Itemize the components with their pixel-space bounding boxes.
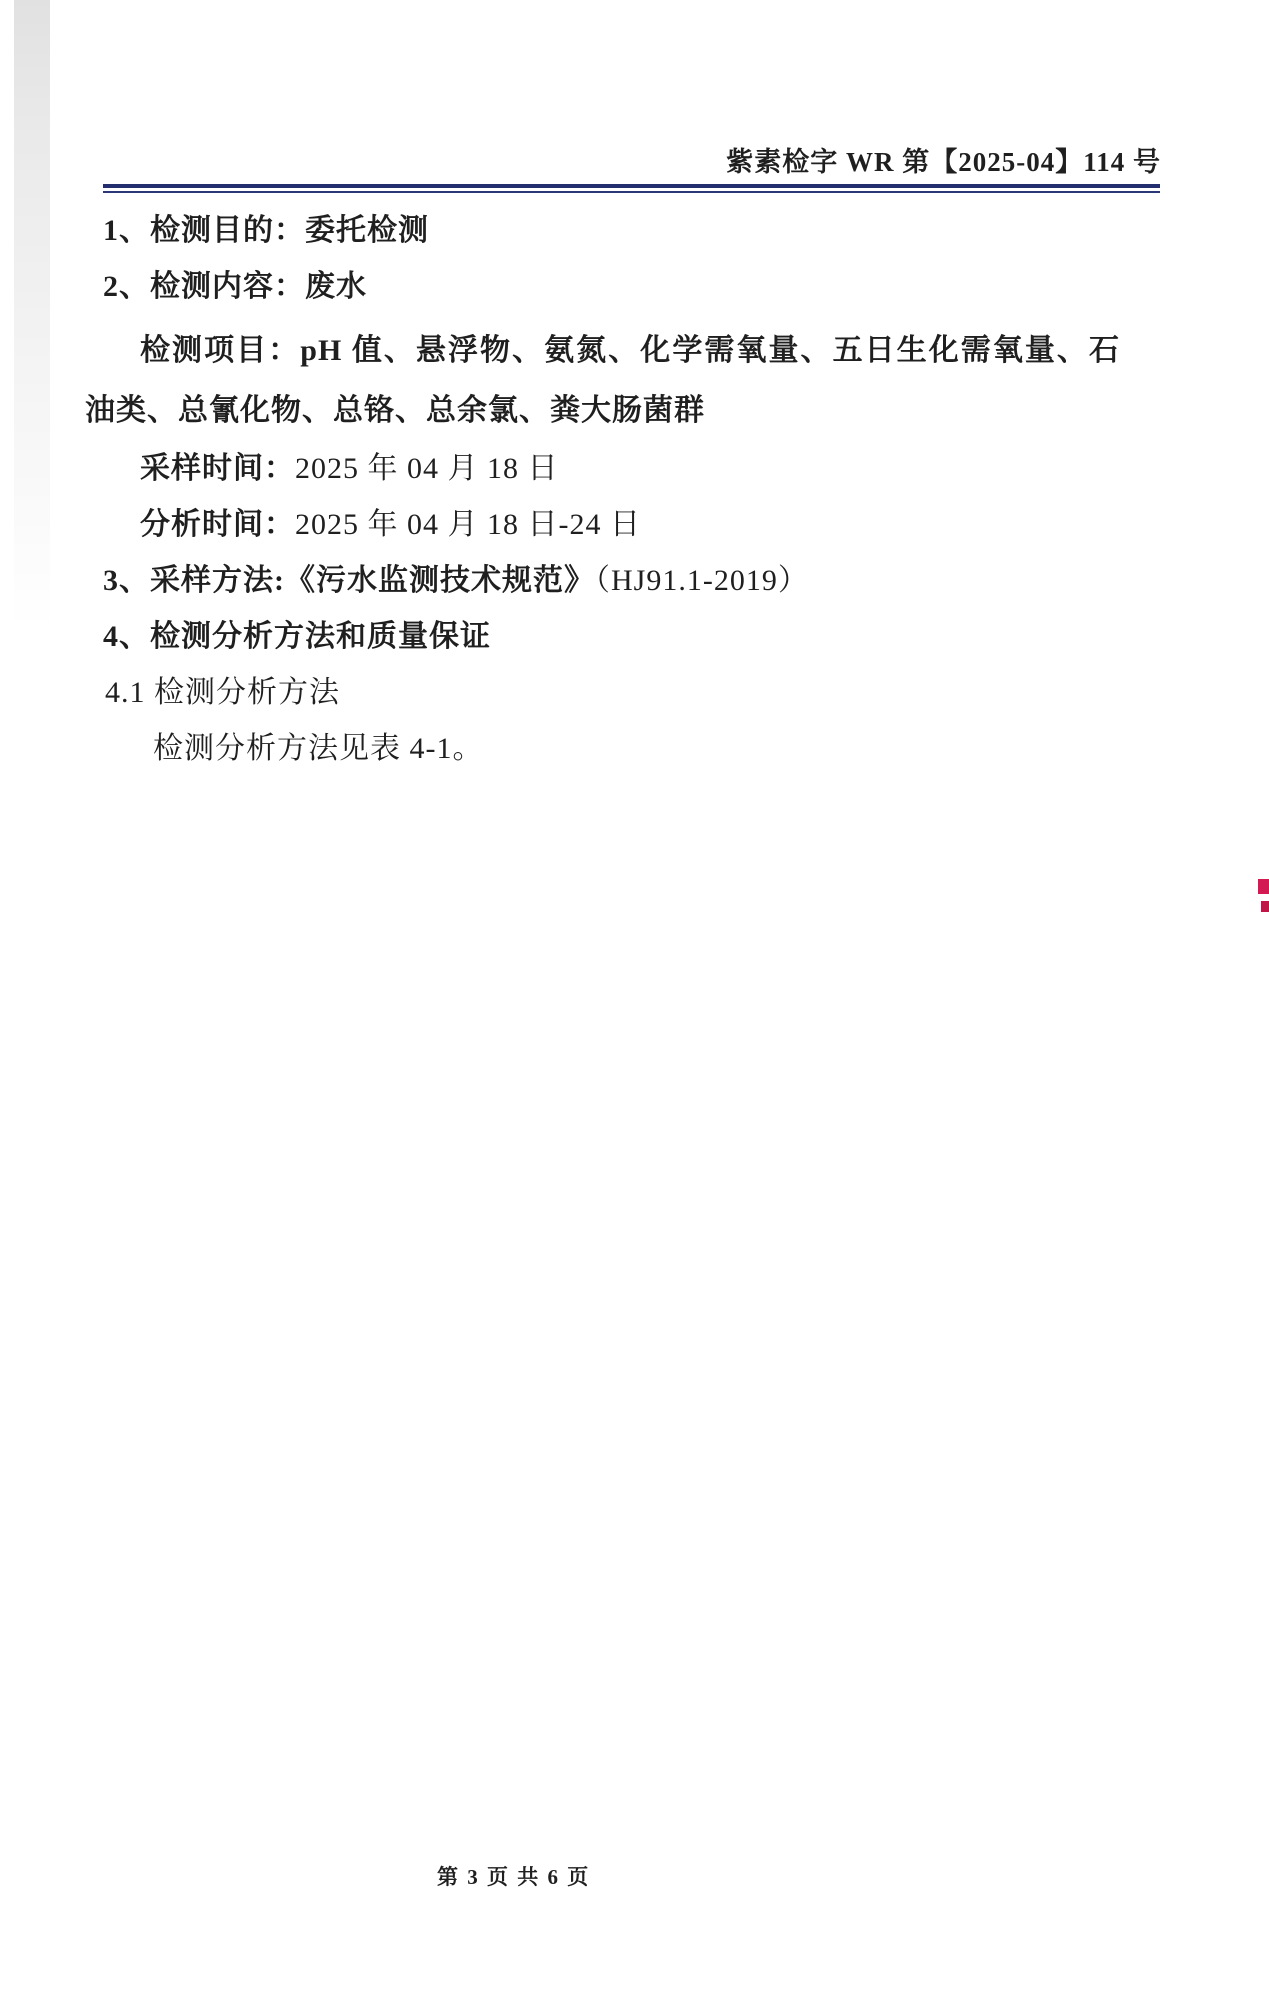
scanned-document-page: 紫素检字 WR 第【2025-04】114 号 1、检测目的：委托检测 2、检测… [0, 0, 1269, 1999]
paragraph-test-purpose: 1、检测目的：委托检测 [85, 203, 1135, 259]
sampling-method-label: 3、采样方法: [103, 564, 285, 597]
page-number-footer: 第 3 页 共 6 页 [437, 1861, 590, 1891]
scan-shadow-band [14, 0, 50, 630]
sampling-method-standard-code: （HJ91.1-2019） [595, 564, 809, 597]
test-content-label: 2、检测内容： [103, 270, 305, 303]
sampling-time-label: 采样时间： [140, 452, 295, 485]
sampling-time-value: 2025 年 04 月 18 日 [295, 452, 559, 485]
paragraph-sampling-method: 3、采样方法:《污水监测技术规范》（HJ91.1-2019） [85, 553, 1135, 609]
paragraph-analysis-time: 分析时间：2025 年 04 月 18 日-24 日 [85, 497, 1135, 553]
analysis-time-label: 分析时间： [140, 508, 295, 541]
header-double-rule [103, 184, 1160, 193]
paragraph-sampling-time: 采样时间：2025 年 04 月 18 日 [85, 441, 1135, 497]
paragraph-section-4-1-heading: 4.1 检测分析方法 [85, 665, 1135, 721]
document-number: 紫素检字 WR 第【2025-04】114 号 [726, 140, 1161, 179]
paragraph-test-content: 2、检测内容：废水 [85, 259, 1135, 315]
analysis-time-value: 2025 年 04 月 18 日-24 日 [295, 508, 641, 541]
paragraph-section-4-1-text: 检测分析方法见表 4-1。 [85, 721, 1135, 777]
test-content-value: 废水 [305, 270, 367, 303]
paragraph-method-qa-heading: 4、检测分析方法和质量保证 [85, 609, 1135, 665]
sampling-method-standard-title: 《污水监测技术规范》 [285, 564, 595, 597]
document-body: 1、检测目的：委托检测 2、检测内容：废水 检测项目：pH 值、悬浮物、氨氮、化… [85, 203, 1135, 777]
red-edge-mark-top [1258, 879, 1269, 894]
paragraph-test-items: 检测项目：pH 值、悬浮物、氨氮、化学需氧量、五日生化需氧量、石油类、总氰化物、… [85, 321, 1120, 441]
test-purpose-value: 委托检测 [305, 214, 429, 247]
test-purpose-label: 1、检测目的： [103, 214, 305, 247]
red-edge-mark-bottom [1261, 901, 1269, 912]
